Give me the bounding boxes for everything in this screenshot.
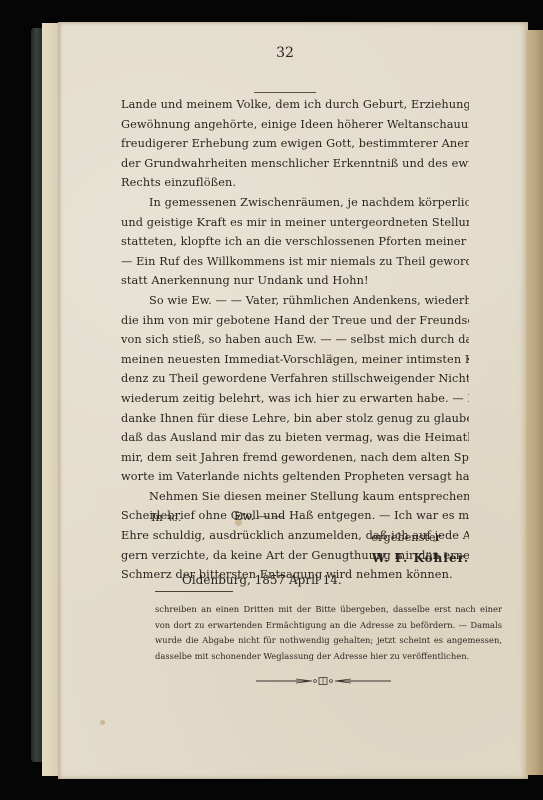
text-line: statt Anerkennung nur Undank und Hohn!: [121, 271, 469, 291]
place-date: Oldenburg, 1857 April 14.: [182, 573, 530, 587]
footnote-rule: [155, 591, 233, 592]
foxing-spot: [100, 720, 105, 725]
text-line: wiederum zeitig belehrt, was ich hier zu…: [121, 389, 469, 409]
footnote: schreiben an einen Dritten mit der Bitte…: [155, 602, 502, 664]
in-etc-text: In ꝛc.: [151, 510, 182, 525]
tailpiece-ornament-icon: [256, 676, 391, 686]
text-line: daß das Ausland mir das zu bieten vermag…: [121, 428, 469, 448]
closing-regards: ergebenster: [121, 531, 469, 544]
text-line: Rechts einzuflößen.: [121, 173, 469, 193]
text-line: die ihm von mir gebotene Hand der Treue …: [121, 311, 469, 331]
text-line: worte im Vaterlande nichts geltenden Pro…: [121, 467, 469, 487]
text-line: mir, dem seit Jahren fremd gewordenen, n…: [121, 448, 469, 468]
paragraph-start: In gemessenen Zwischenräumen, je nachdem…: [121, 193, 469, 213]
text-line: der Grundwahrheiten menschlicher Erkennt…: [121, 154, 469, 174]
text-line: denz zu Theil gewordene Verfahren stills…: [121, 369, 469, 389]
footnote-line: von dort zu erwartenden Ermächtigung an …: [155, 618, 502, 634]
paragraph-start: So wie Ew. — — Vater, rühmlichen Andenke…: [121, 291, 469, 311]
header-rule: [254, 92, 316, 93]
footnote-line: schreiben an einen Dritten mit der Bitte…: [155, 602, 502, 618]
text-line: danke Ihnen für diese Lehre, bin aber st…: [121, 409, 469, 429]
text-line: Gewöhnung angehörte, einige Ideen höhere…: [121, 115, 469, 135]
text-line: meinen neuesten Immediat-Vorschlägen, me…: [121, 350, 469, 370]
text-line: und geistige Kraft es mir in meiner unte…: [121, 213, 469, 233]
text-line: von sich stieß, so haben auch Ew. — — se…: [121, 330, 469, 350]
signature: W. F. Köhler.: [121, 551, 469, 565]
page-number: 32: [245, 45, 325, 61]
ew-text: Ew. — —: [234, 510, 284, 523]
text-line: statteten, klopfte ich an die verschloss…: [121, 232, 469, 252]
page-fore-edge: [526, 30, 543, 775]
footnote-line: dasselbe mit schonender Weglassung der A…: [155, 649, 502, 665]
paragraph-start: Nehmen Sie diesen meiner Stellung kaum e…: [121, 487, 469, 507]
text-line: Lande und meinem Volke, dem ich durch Ge…: [121, 95, 469, 115]
text-line: freudigerer Erhebung zum ewigen Gott, be…: [121, 134, 469, 154]
footnote-line: wurde die Abgabe nicht für nothwendig ge…: [155, 633, 502, 649]
text-line: — Ein Ruf des Willkommens ist mir niemal…: [121, 252, 469, 272]
